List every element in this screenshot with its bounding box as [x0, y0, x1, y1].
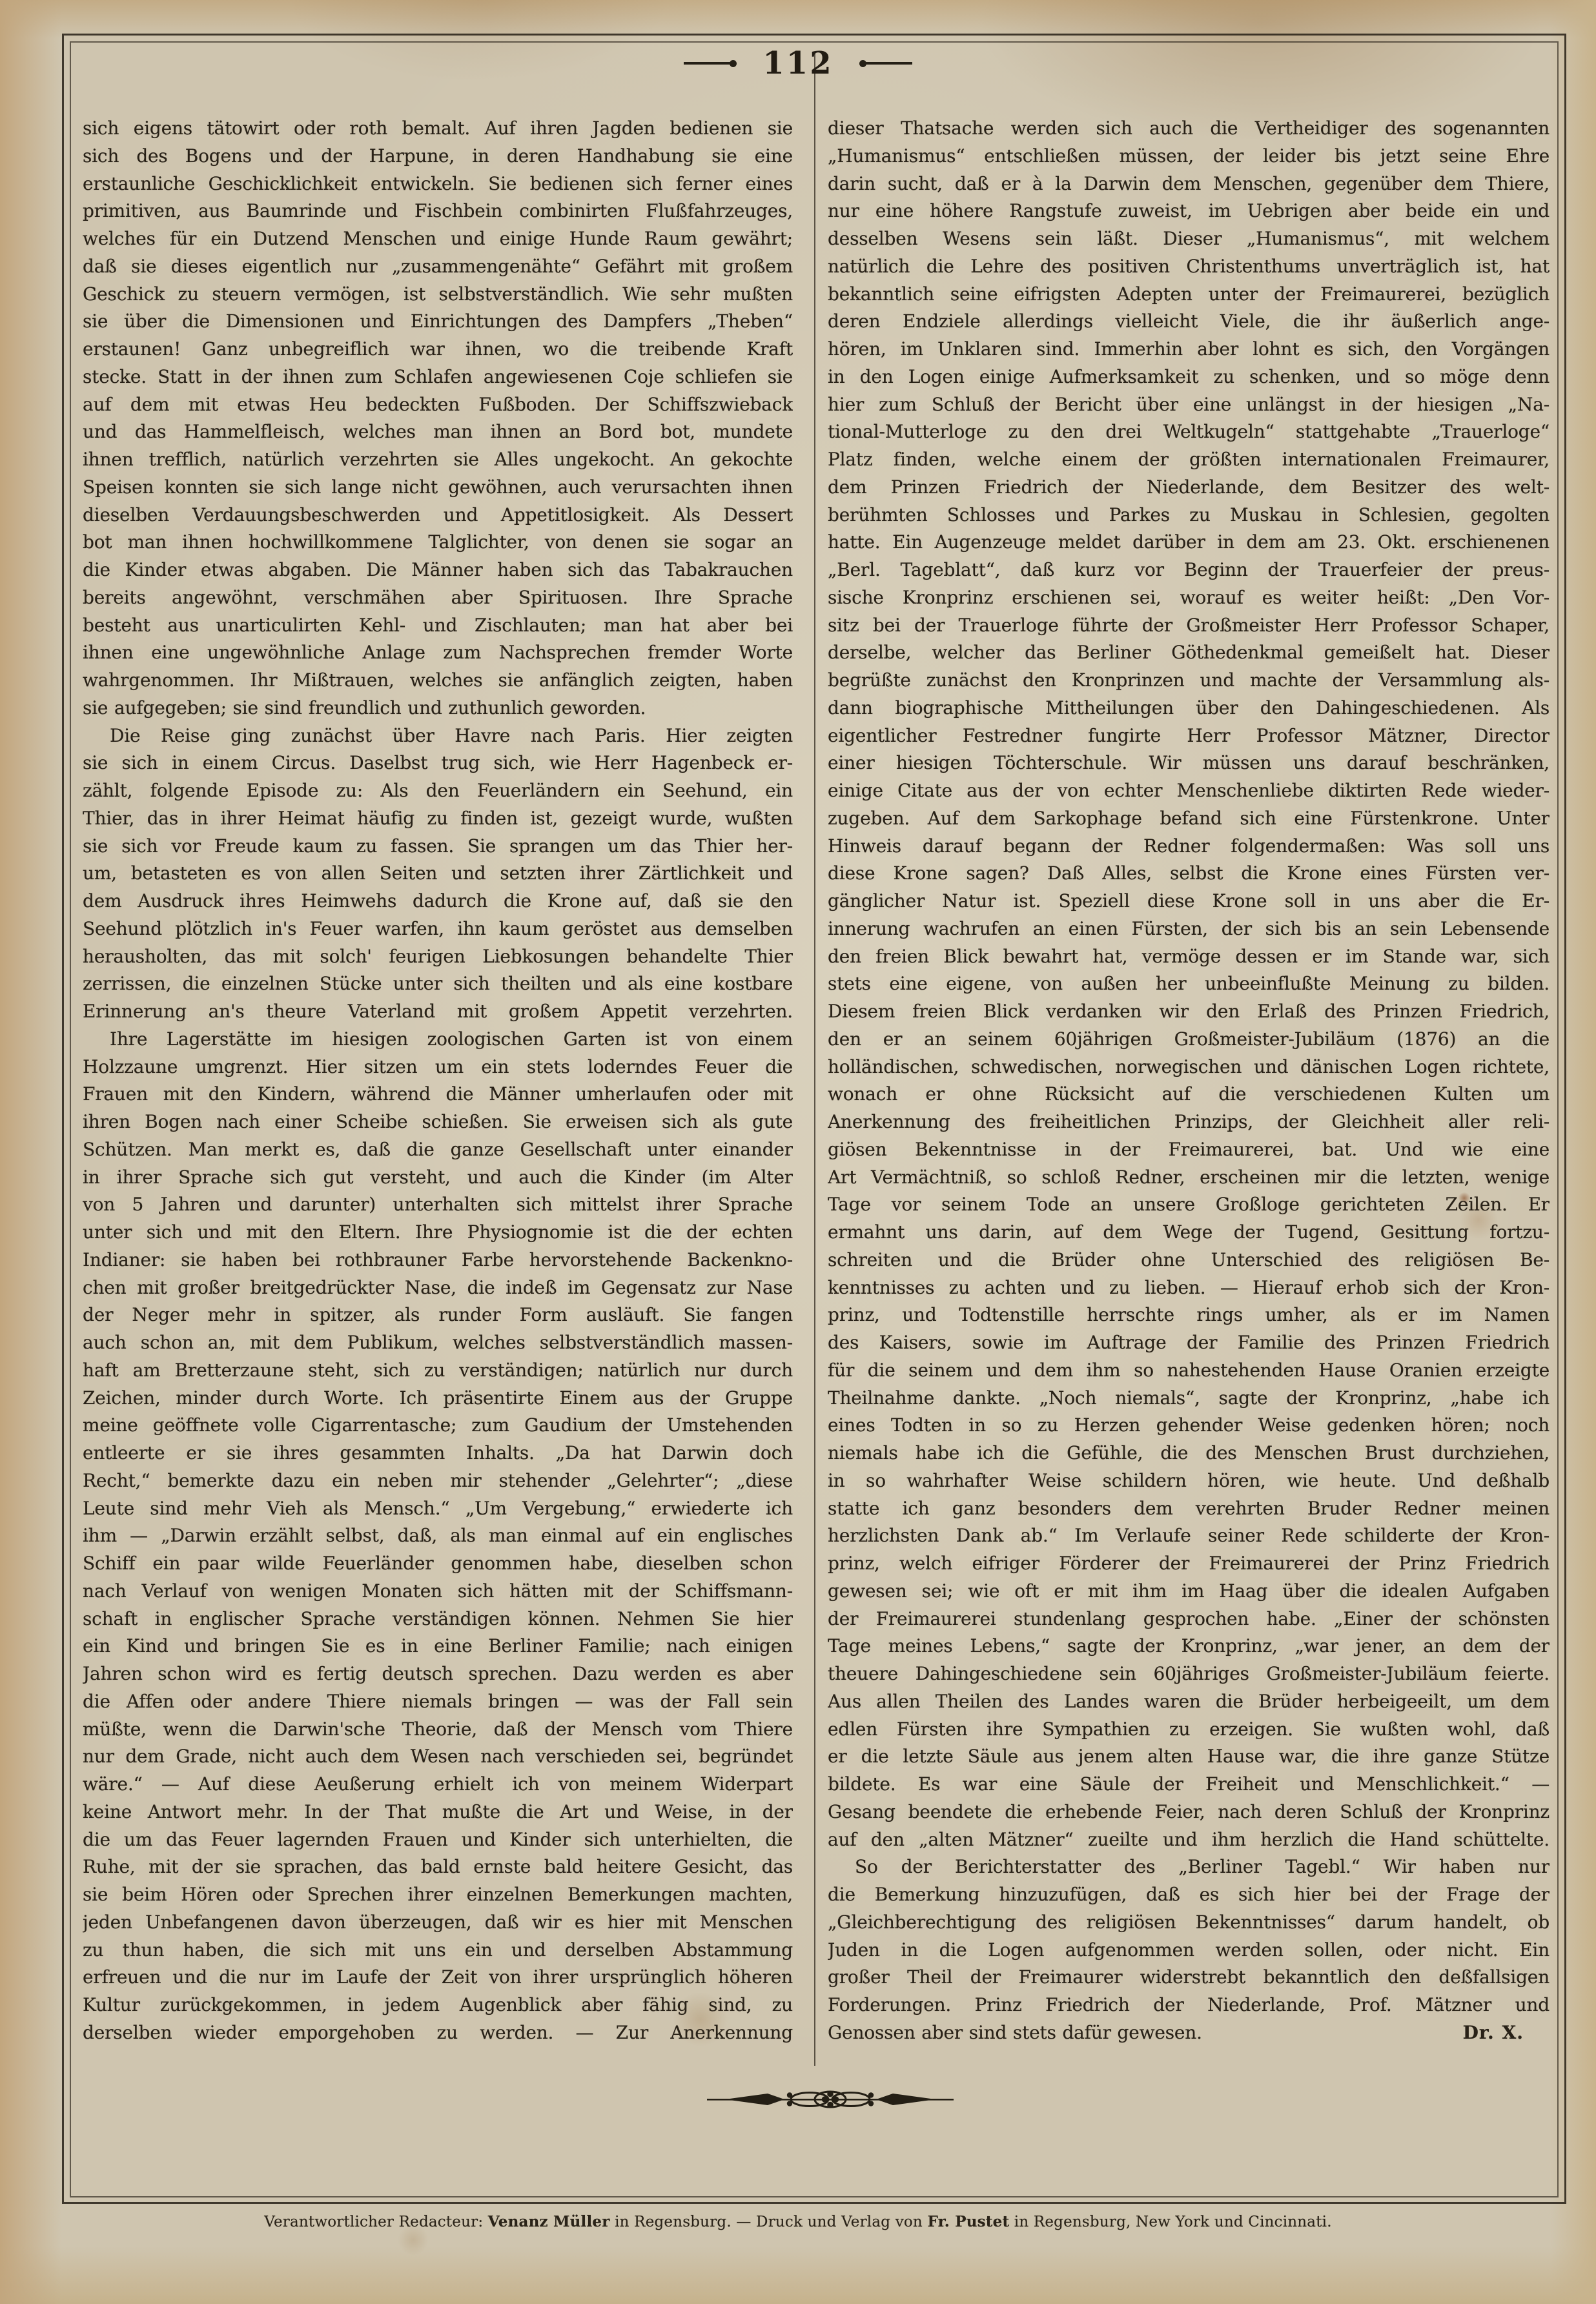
editor-name: Venanz Müller [488, 2213, 610, 2230]
text-line: berühmten Schlosses und Parkes zu Muskau… [828, 504, 1550, 532]
text-line: bot man ihnen hochwillkommene Talglichte… [83, 531, 793, 559]
column-divider-rule [814, 52, 815, 2066]
text-line: in ihrer Sprache sich gut versteht, und … [83, 1167, 793, 1194]
text-line: auf den „alten Mätzner“ zueilte und ihm … [828, 1829, 1550, 1857]
text-line: ermahnt uns darin, auf dem Wege der Tuge… [828, 1221, 1550, 1249]
text-line: eigentlicher Festredner fungirte Herr Pr… [828, 725, 1550, 753]
text-line: So der Berichterstatter des „Berliner Ta… [828, 1856, 1550, 1884]
text-line: dieselben Verdauungsbeschwerden und Appe… [83, 504, 793, 532]
text-line: Holzzaune umgrenzt. Hier sitzen um ein s… [83, 1056, 793, 1084]
text-line: edlen Fürsten ihre Sympathien zu erzeige… [828, 1718, 1550, 1746]
left-text-column: sich eigens tätowirt oder roth bemalt. A… [83, 117, 793, 2050]
text-line: zu thun haben, die sich mit uns ein und … [83, 1939, 793, 1967]
text-line: großer Theil der Freimaurer widerstrebt … [828, 1966, 1550, 1994]
right-text-column: dieser Thatsache werden sich auch die Ve… [828, 117, 1550, 2050]
text-line: Kultur zurückgekommen, in jedem Augenbli… [83, 1994, 793, 2022]
text-line: jeden Unbefangenen davon überzeugen, daß… [83, 1912, 793, 1939]
text-line: desselben Wesens sein läßt. Dieser „Huma… [828, 228, 1550, 256]
text-line: Aus allen Theilen des Landes waren die B… [828, 1691, 1550, 1718]
footer-imprint: Verantwortlicher Redacteur: Venanz Mülle… [0, 2213, 1596, 2230]
text-line: sich eigens tätowirt oder roth bemalt. A… [83, 117, 793, 145]
text-line: giösen Bekenntnisse in der Freimaurerei,… [828, 1139, 1550, 1167]
text-line: sich des Bogens und der Harpune, in dere… [83, 145, 793, 173]
text-line: derselben wieder emporgehoben zu werden.… [83, 2022, 793, 2050]
text-line: die Kinder etwas abgaben. Die Männer hab… [83, 559, 793, 587]
text-line: sie über die Dimensionen und Einrichtung… [83, 311, 793, 338]
author-signature: Dr. X. [1463, 2022, 1550, 2050]
text-line: Frauen mit den Kindern, während die Männ… [83, 1083, 793, 1111]
text-line-with-signature: Genossen aber sind stets dafür gewesen.D… [828, 2022, 1550, 2050]
text-line: Erinnerung an's theure Vaterland mit gro… [83, 1001, 793, 1028]
text-line: einer hiesigen Töchterschule. Wir müssen… [828, 752, 1550, 780]
text-line: deren Endziele allerdings vielleicht Vie… [828, 311, 1550, 338]
text-line: nach Verlauf von wenigen Monaten sich hä… [83, 1580, 793, 1608]
text-line: gänglicher Natur ist. Speziell diese Kro… [828, 890, 1550, 918]
text-line: chen mit großer breitgedrückter Nase, di… [83, 1277, 793, 1305]
text-line: Forderungen. Prinz Friedrich der Niederl… [828, 1994, 1550, 2022]
text-line: tional-Mutterloge zu den drei Weltkugeln… [828, 421, 1550, 449]
text-line: hier zum Schluß der Bericht über eine un… [828, 394, 1550, 422]
text-line: wonach er ohne Rücksicht auf die verschi… [828, 1083, 1550, 1111]
text-line: statte ich ganz besonders dem verehrten … [828, 1498, 1550, 1525]
text-line: Diesem freien Blick verdanken wir den Er… [828, 1001, 1550, 1028]
text-line: theuere Dahingeschiedene sein 60jähriges… [828, 1663, 1550, 1691]
text-line: Art Vermächtniß, so schloß Redner, ersch… [828, 1167, 1550, 1194]
text-line: die um das Feuer lagernden Frauen und Ki… [83, 1829, 793, 1857]
text-line: gewesen sei; wie oft er mit ihm im Haag … [828, 1580, 1550, 1608]
text-line: wäre.“ — Auf diese Aeußerung erhielt ich… [83, 1773, 793, 1801]
text-line: dem Ausdruck ihres Heimwehs dadurch die … [83, 890, 793, 918]
text-line: entleerte er sie ihres gesammten Inhalts… [83, 1442, 793, 1470]
text-line: prinz, und Todtenstille herrschte rings … [828, 1304, 1550, 1332]
text-line: Thier, das in ihrer Heimat häufig zu fin… [83, 808, 793, 835]
text-line: kenntnisses zu achten und zu lieben. — H… [828, 1277, 1550, 1305]
text-line: Leute sind mehr Vieh als Mensch.“ „Um Ve… [83, 1498, 793, 1525]
text-line: in den Logen einige Aufmerksamkeit zu sc… [828, 366, 1550, 394]
text-line: auch schon an, mit dem Publikum, welches… [83, 1332, 793, 1360]
text-line: sie beim Hören oder Sprechen ihrer einze… [83, 1884, 793, 1912]
text-line: Die Reise ging zunächst über Havre nach … [83, 725, 793, 753]
text-line: für die seinem und dem ihm so nahestehen… [828, 1360, 1550, 1387]
text-line: natürlich die Lehre des positiven Christ… [828, 256, 1550, 283]
text-line: herausholten, das mit solch' feurigen Li… [83, 946, 793, 974]
page-header: 112 [0, 45, 1596, 81]
text-line: prinz, welch eifriger Förderer der Freim… [828, 1553, 1550, 1580]
text-line: besteht aus unarticulirten Kehl- und Zis… [83, 615, 793, 642]
page-number: 112 [762, 45, 833, 81]
text-line: auf dem mit etwas Heu bedeckten Fußboden… [83, 394, 793, 422]
footer-text: in Regensburg. — Druck und Verlag von [610, 2214, 928, 2230]
text-line: sie aufgegeben; sie sind freundlich und … [83, 697, 793, 725]
text-line: Ihre Lagerstätte im hiesigen zoologische… [83, 1028, 793, 1056]
text-line: bekanntlich seine eifrigsten Adepten unt… [828, 283, 1550, 311]
text-line: Genossen aber sind stets dafür gewesen. [828, 2022, 1202, 2050]
text-line: Theilnahme dankte. „Noch niemals“, sagte… [828, 1387, 1550, 1415]
text-line: und das Hammelfleisch, welches man ihnen… [83, 421, 793, 449]
text-line: sische Kronprinz erschienen sei, worauf … [828, 587, 1550, 615]
text-line: „Gleichberechtigung des religiösen Beken… [828, 1912, 1550, 1939]
text-line: zugeben. Auf dem Sarkophage befand sich … [828, 808, 1550, 835]
text-line: ihm — „Darwin erzählt selbst, daß, als m… [83, 1525, 793, 1553]
right-dash-ornament-icon [862, 62, 912, 65]
text-line: einige Citate aus der von echter Mensche… [828, 780, 1550, 808]
text-line: den er an seinem 60jährigen Großmeister-… [828, 1028, 1550, 1056]
text-line: er die letzte Säule aus jenem alten Haus… [828, 1746, 1550, 1773]
text-line: meine geöffnete volle Cigarrentasche; zu… [83, 1414, 793, 1442]
text-line: Anerkennung des freiheitlichen Prinzips,… [828, 1111, 1550, 1139]
text-line: bildete. Es war eine Säule der Freiheit … [828, 1773, 1550, 1801]
text-line: bereits angewöhnt, verschmähen aber Spir… [83, 587, 793, 615]
text-line: „Humanismus“ entschließen müssen, der le… [828, 145, 1550, 173]
text-line: erfreuen und die nur im Laufe der Zeit v… [83, 1966, 793, 1994]
footer-text: in Regensburg, New York und Cincinnati. [1009, 2214, 1331, 2230]
text-line: dieser Thatsache werden sich auch die Ve… [828, 117, 1550, 145]
text-line: Platz finden, welche einem der größten i… [828, 449, 1550, 476]
text-line: Gesang beendete die erhebende Feier, nac… [828, 1801, 1550, 1829]
text-line: Hinweis darauf begann der Redner folgend… [828, 835, 1550, 863]
text-line: ihren Bogen nach einer Scheibe schießen.… [83, 1111, 793, 1139]
text-line: niemals habe ich die Gefühle, die des Me… [828, 1442, 1550, 1470]
text-line: Geschick zu steuern vermögen, ist selbst… [83, 283, 793, 311]
text-line: des Kaisers, sowie im Auftrage der Famil… [828, 1332, 1550, 1360]
text-line: keine Antwort mehr. In der That mußte di… [83, 1801, 793, 1829]
text-line: unter sich und mit den Eltern. Ihre Phys… [83, 1221, 793, 1249]
left-dash-ornament-icon [684, 62, 734, 65]
publisher-name: Fr. Pustet [927, 2213, 1009, 2230]
text-line: Tage meines Lebens,“ sagte der Kronprinz… [828, 1635, 1550, 1663]
text-line: Tage vor seinem Tode an unsere Großloge … [828, 1194, 1550, 1221]
text-line: schreiten und die Brüder ohne Unterschie… [828, 1249, 1550, 1277]
text-line: stecke. Statt in der ihnen zum Schlafen … [83, 366, 793, 394]
text-line: zählt, folgende Episode zu: Als den Feue… [83, 780, 793, 808]
text-line: primitiven, aus Baumrinde und Fischbein … [83, 200, 793, 228]
text-line: nur eine höhere Rangstufe zuweist, im Ue… [828, 200, 1550, 228]
text-line: ihnen eine ungewöhnliche Anlage zum Nach… [83, 642, 793, 669]
text-line: in so wahrhafter Weise schildern hören, … [828, 1470, 1550, 1498]
text-line: erstaunliche Geschicklichkeit entwickeln… [83, 173, 793, 201]
text-line: hören, im Unklaren sind. Immerhin aber l… [828, 338, 1550, 366]
text-line: holländischen, schwedischen, norwegische… [828, 1056, 1550, 1084]
text-line: eines Todten in so zu Herzen gehender We… [828, 1414, 1550, 1442]
text-line: Ruhe, mit der sie sprachen, das bald ern… [83, 1856, 793, 1884]
text-line: den freien Blick bewahrt hat, vermöge de… [828, 946, 1550, 974]
text-line: schaft in englischer Sprache verständige… [83, 1608, 793, 1636]
text-line: innerung wachrufen an einen Fürsten, der… [828, 918, 1550, 946]
text-line: dem Prinzen Friedrich der Niederlande, d… [828, 476, 1550, 504]
text-line: herzlichsten Dank ab.“ Im Verlaufe seine… [828, 1525, 1550, 1553]
text-line: Recht,“ bemerkte dazu ein neben mir steh… [83, 1470, 793, 1498]
text-line: sie sich vor Freude kaum zu fassen. Sie … [83, 835, 793, 863]
text-line: haft am Bretterzaune steht, sich zu vers… [83, 1360, 793, 1387]
text-line: die Bemerkung hinzuzufügen, daß es sich … [828, 1884, 1550, 1912]
text-line: welches für ein Dutzend Menschen und ein… [83, 228, 793, 256]
text-line: sitz bei der Trauerloge führte der Großm… [828, 615, 1550, 642]
text-line: Schützen. Man merkt es, daß die ganze Ge… [83, 1139, 793, 1167]
footer-text: Verantwortlicher Redacteur: [264, 2214, 488, 2230]
text-line: müßte, wenn die Darwin'sche Theorie, daß… [83, 1718, 793, 1746]
text-line: sie sich in einem Circus. Daselbst trug … [83, 752, 793, 780]
text-line: diese Krone sagen? Daß Alles, selbst die… [828, 862, 1550, 890]
text-line: ihnen trefflich, natürlich verzehrten si… [83, 449, 793, 476]
text-line: erstaunen! Ganz unbegreiflich war ihnen,… [83, 338, 793, 366]
newspaper-page-scan: 112 sich eigens tätowirt oder roth bemal… [0, 0, 1596, 2304]
text-line: zerrissen, die einzelnen Stücke unter si… [83, 973, 793, 1001]
end-of-article-ornament-icon [707, 2085, 954, 2115]
text-line: Zeichen, minder durch Worte. Ich präsent… [83, 1387, 793, 1415]
text-line: dann biographische Mittheilungen über de… [828, 697, 1550, 725]
text-line: hatte. Ein Augenzeuge meldet darüber in … [828, 531, 1550, 559]
text-line: Juden in die Logen aufgenommen werden so… [828, 1939, 1550, 1967]
text-line: Schiff ein paar wilde Feuerländer genomm… [83, 1553, 793, 1580]
text-line: „Berl. Tageblatt“, daß kurz vor Beginn d… [828, 559, 1550, 587]
text-line: stets eine eigene, von außen her unbeein… [828, 973, 1550, 1001]
text-line: darin sucht, daß er à la Darwin dem Mens… [828, 173, 1550, 201]
text-line: um, betasteten es von allen Seiten und s… [83, 862, 793, 890]
text-line: der Freimaurerei stundenlang gesprochen … [828, 1608, 1550, 1636]
text-line: derselbe, welcher das Berliner Göthedenk… [828, 642, 1550, 669]
text-line: Speisen konnten sie sich lange nicht gew… [83, 476, 793, 504]
text-line: Jahren schon wird es fertig deutsch spre… [83, 1663, 793, 1691]
text-line: der Neger mehr in spitzer, als runder Fo… [83, 1304, 793, 1332]
text-line: nur dem Grade, nicht auch dem Wesen nach… [83, 1746, 793, 1773]
text-line: ein Kind und bringen Sie es in eine Berl… [83, 1635, 793, 1663]
text-line: daß sie dieses eigentlich nur „zusammeng… [83, 256, 793, 283]
text-line: Seehund plötzlich in's Feuer warfen, ihn… [83, 918, 793, 946]
text-line: die Affen oder andere Thiere niemals bri… [83, 1691, 793, 1718]
text-line: wahrgenommen. Ihr Mißtrauen, welches sie… [83, 669, 793, 697]
text-line: Indianer: sie haben bei rothbrauner Farb… [83, 1249, 793, 1277]
text-line: begrüßte zunächst den Kronprinzen und ma… [828, 669, 1550, 697]
text-line: von 5 Jahren und darunter) unterhalten s… [83, 1194, 793, 1221]
